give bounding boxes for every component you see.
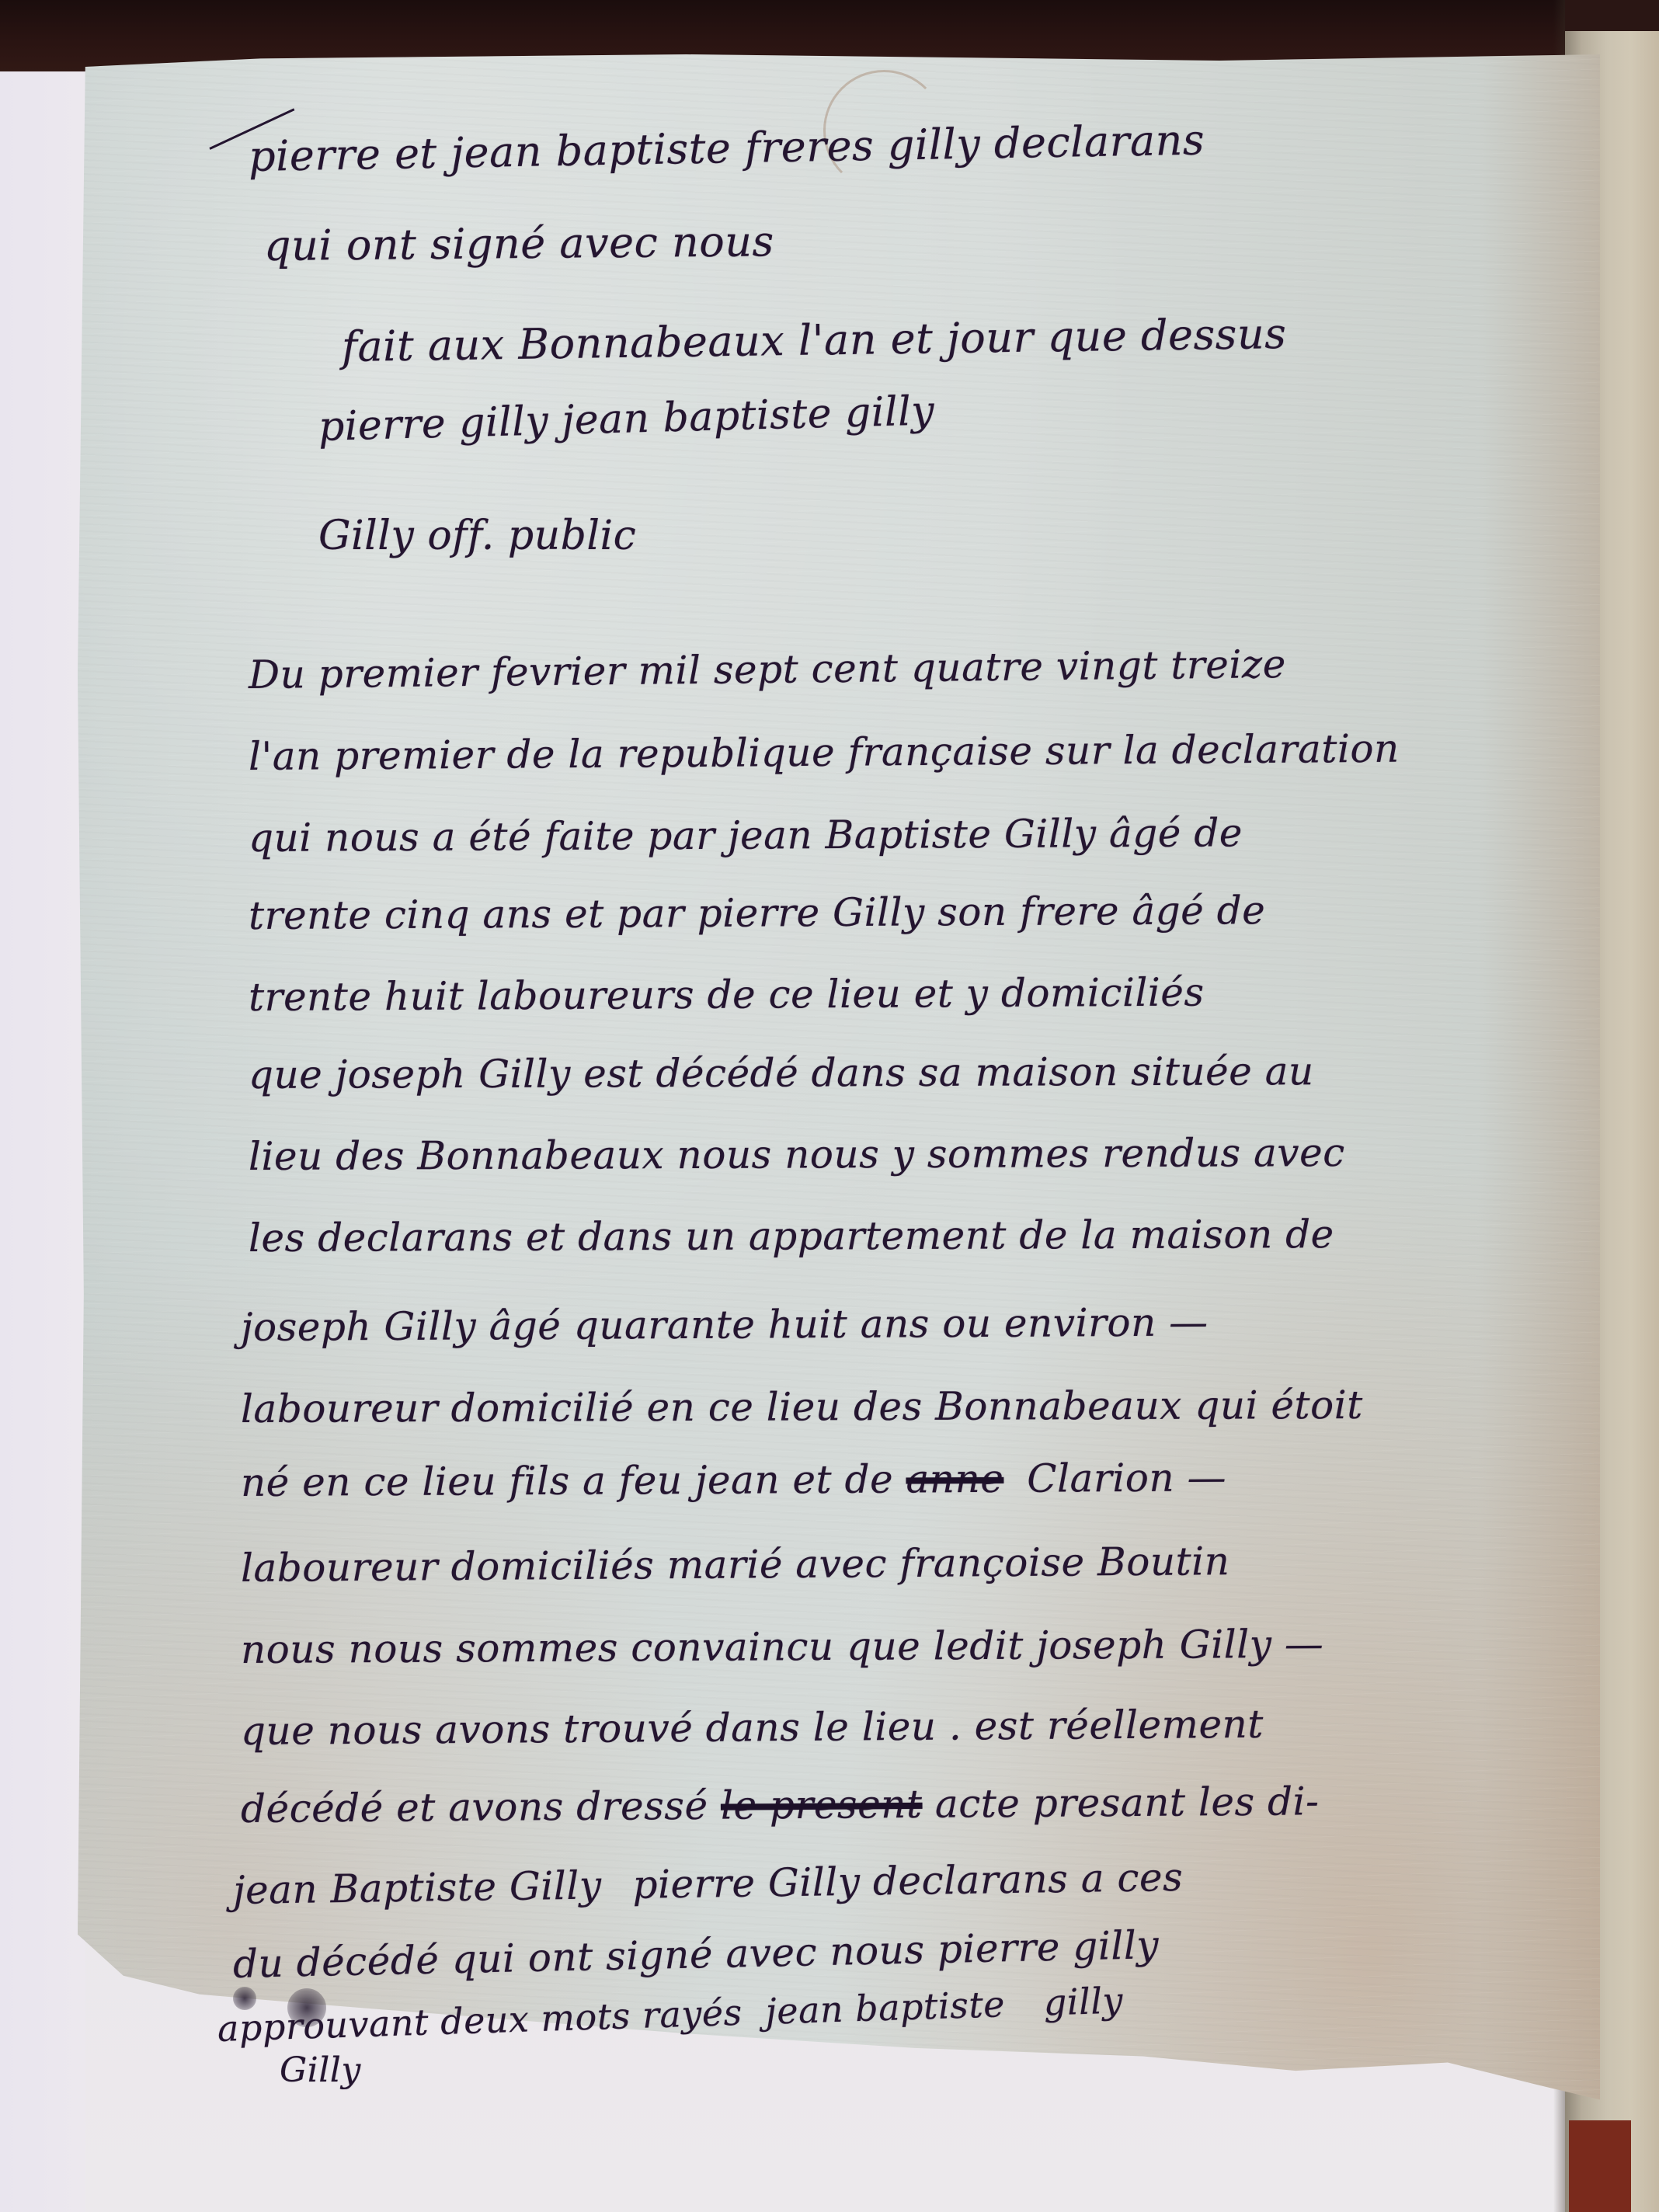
act-line-14: que nous avons trouvé dans le lieu . est… xyxy=(241,1702,1264,1754)
act-line-3: qui nous a été faite par jean Baptiste G… xyxy=(249,810,1243,861)
act-line-2: l'an premier de la republique française … xyxy=(249,726,1400,779)
act-line-1: Du premier fevrier mil sept cent quatre … xyxy=(249,642,1286,697)
act-line-5: trente huit laboureurs de ce lieu et y d… xyxy=(249,970,1205,1020)
act-line-4: trente cinq ans et par pierre Gilly son … xyxy=(249,888,1266,938)
act-line-9: joseph Gilly âgé quarante huit ans ou en… xyxy=(241,1299,1209,1350)
officer-signature: Gilly off. public xyxy=(318,513,636,559)
closing-line-2: qui ont signé avec nous xyxy=(264,217,774,270)
struck-word: anne xyxy=(906,1456,1003,1502)
ink-blot xyxy=(233,1987,256,2010)
signatures-line: pierre gilly jean baptiste gilly xyxy=(318,388,935,450)
act-line-15: décédé et avons dressé le present acte p… xyxy=(241,1779,1320,1831)
act-line-18: approuvant deux mots rayésjean baptisteg… xyxy=(217,1979,1124,2050)
act-line-11: né en ce lieu fils a feu jean et de anne… xyxy=(241,1455,1226,1505)
closing-line-3: fait aux Bonnabeaux l'an et jour que des… xyxy=(342,309,1287,371)
manuscript-text: pierre et jean baptiste freres gilly dec… xyxy=(0,0,1659,2212)
act-line-8: les declarans et dans un appartement de … xyxy=(249,1212,1334,1261)
act-line-12: laboureur domiciliés marié avec françois… xyxy=(241,1539,1230,1591)
act-line-13: nous nous sommes convaincu que ledit jos… xyxy=(241,1622,1324,1672)
act-line-16: jean Baptiste Gillypierre Gilly declaran… xyxy=(233,1855,1184,1913)
act-line-17: du décédé qui ont signé avec nous pierre… xyxy=(232,1922,1159,1987)
photo-scene: le fran agé le fran agé ou e Situe et da… xyxy=(0,0,1659,2212)
ink-blot xyxy=(287,1988,326,2027)
act-line-10: laboureur domicilié en ce lieu des Bonna… xyxy=(241,1382,1363,1431)
struck-words: le present xyxy=(721,1782,923,1828)
closing-line-1: pierre et jean baptiste freres gilly dec… xyxy=(248,116,1205,181)
act-line-7: lieu des Bonnabeaux nous nous y sommes r… xyxy=(249,1130,1345,1179)
final-signature: Gilly xyxy=(280,2050,361,2090)
act-line-6: que joseph Gilly est décédé dans sa mais… xyxy=(249,1049,1314,1097)
